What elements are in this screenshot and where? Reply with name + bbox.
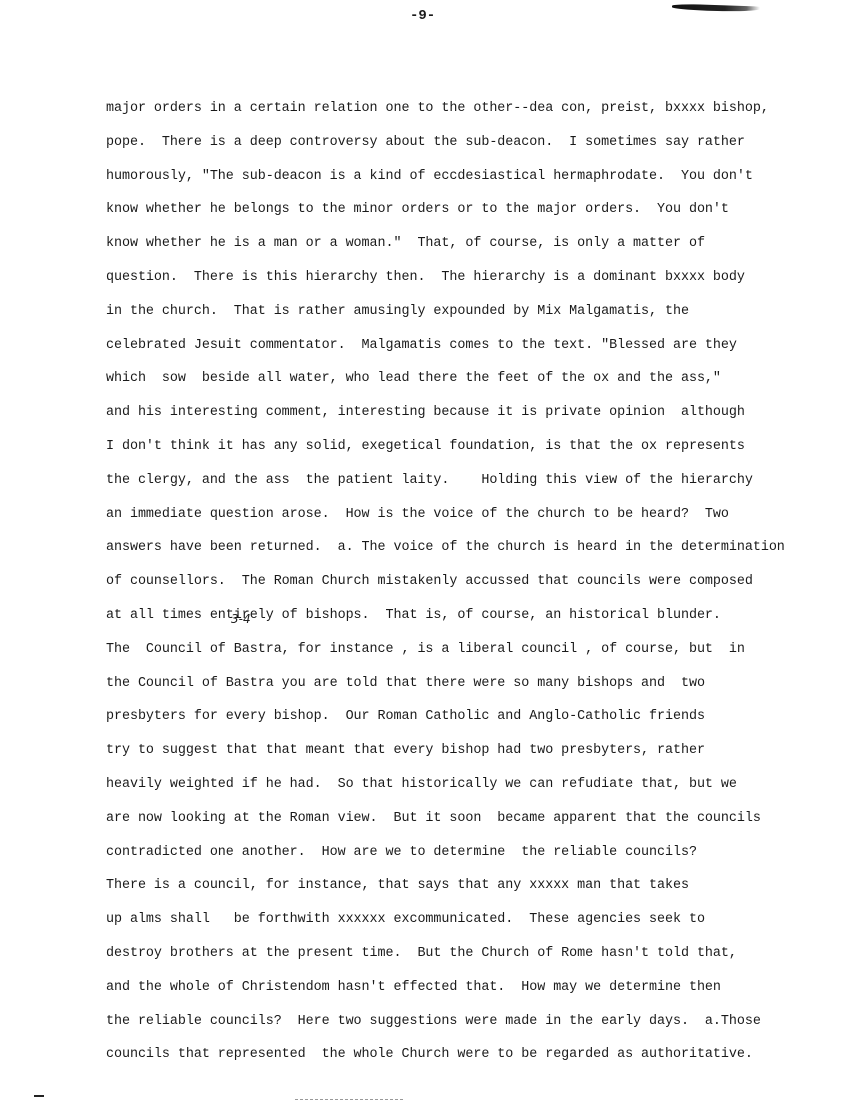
text-line: heavily weighted if he had. So that hist… [106,768,836,802]
text-line: the reliable councils? Here two suggesti… [106,1005,836,1039]
text-line: question. There is this hierarchy then. … [106,261,836,295]
text-line: of counsellors. The Roman Church mistake… [106,565,836,599]
text-line: and the whole of Christendom hasn't effe… [106,971,836,1005]
scan-ink-mark [34,1095,44,1097]
scan-smudge [295,1099,405,1100]
text-line: are now looking at the Roman view. But i… [106,802,836,836]
text-line: councils that represented the whole Chur… [106,1038,836,1072]
typewritten-body: major orders in a certain relation one t… [106,92,836,1072]
text-line: the clergy, and the ass the patient lait… [106,464,836,498]
text-line: The Council of Bastra, for instance , is… [106,633,836,667]
text-line: pope. There is a deep controversy about … [106,126,836,160]
text-line: try to suggest that that meant that ever… [106,734,836,768]
text-line: There is a council, for instance, that s… [106,869,836,903]
text-line: know whether he is a man or a woman." Th… [106,227,836,261]
text-line: at all times entirely of bishops. That i… [106,599,836,633]
text-line: in the church. That is rather amusingly … [106,295,836,329]
text-line: contradicted one another. How are we to … [106,836,836,870]
text-line: know whether he belongs to the minor ord… [106,193,836,227]
text-line: answers have been returned. a. The voice… [106,531,836,565]
text-line: which sow beside all water, who lead the… [106,362,836,396]
text-line: major orders in a certain relation one t… [106,92,836,126]
text-line: destroy brothers at the present time. Bu… [106,937,836,971]
text-line: an immediate question arose. How is the … [106,498,836,532]
page-number: -9- [410,8,435,24]
text-line: and his interesting comment, interesting… [106,396,836,430]
text-line: up alms shall be forthwith xxxxxx excomm… [106,903,836,937]
text-line: celebrated Jesuit commentator. Malgamati… [106,329,836,363]
text-line: I don't think it has any solid, exegetic… [106,430,836,464]
text-line: presbyters for every bishop. Our Roman C… [106,700,836,734]
scan-ink-mark [672,3,760,12]
text-line: the Council of Bastra you are told that … [106,667,836,701]
text-line: humorously, "The sub-deacon is a kind of… [106,160,836,194]
